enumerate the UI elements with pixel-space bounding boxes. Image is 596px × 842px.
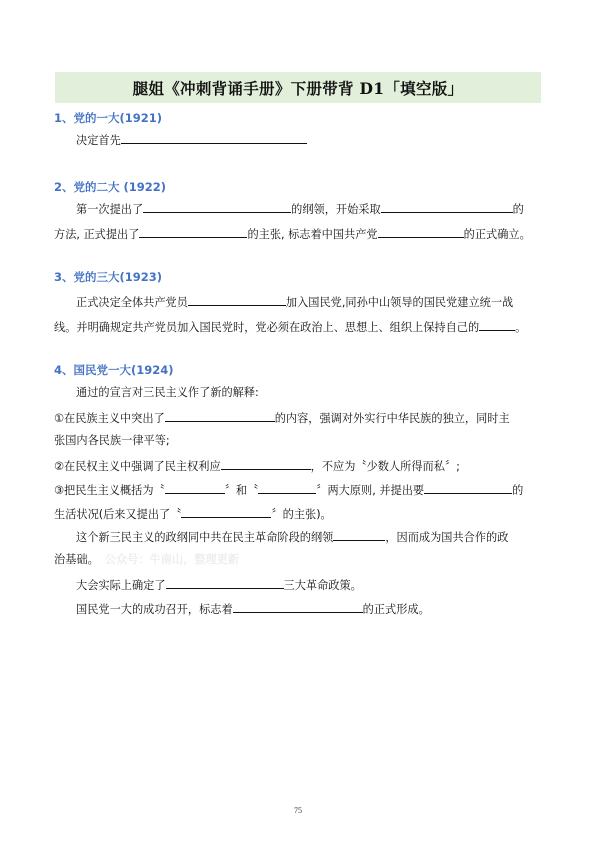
line-text: 〞两大原则, 并提出要 xyxy=(316,484,424,497)
blank-field[interactable] xyxy=(166,576,284,589)
fill-line: ②在民权主义中强调了民主权利应，不应为〝少数人所得而私〞; xyxy=(54,457,460,475)
line-text: 国民党一大的成功召开，标志着 xyxy=(76,603,233,616)
line-text: 的内容，强调对外实行中华民族的独立，同时主 xyxy=(275,412,510,425)
blank-field[interactable] xyxy=(139,225,247,238)
blank-field[interactable] xyxy=(221,457,311,470)
line-text: 治基础。 xyxy=(54,553,99,566)
fill-line: 国民党一大的成功召开，标志着的正式形成。 xyxy=(76,600,430,618)
line-text: 的 xyxy=(513,203,524,216)
blank-field[interactable] xyxy=(181,505,271,518)
fill-line: 方法, 正式提出了的主张, 标志着中国共产党的正式确立。 xyxy=(54,225,531,243)
line-text: 线。并明确规定共产党员加入国民党时，党必须在政治上、思想上、组织上保持自己的 xyxy=(54,321,479,334)
fill-line: 这个新三民主义的政纲同中共在民主革命阶段的纲领，因而成为国共合作的政 xyxy=(76,528,508,546)
line-text: 生活状况(后来又提出了〝 xyxy=(54,508,181,521)
line-text: 第一次提出了 xyxy=(76,203,143,216)
line-text: 这个新三民主义的政纲同中共在民主革命阶段的纲领 xyxy=(76,531,333,544)
blank-field[interactable] xyxy=(479,318,515,331)
line-text: ，不应为〝少数人所得而私〞; xyxy=(311,460,460,473)
text-line: 张国内各民族一律平等; xyxy=(54,433,170,449)
fill-line: ③把民生主义概括为〝〞和〝〞两大原则, 并提出要的 xyxy=(54,481,523,499)
line-text: ③把民生主义概括为〝 xyxy=(54,484,165,497)
blank-field[interactable] xyxy=(165,409,275,422)
line-text: 的 xyxy=(512,484,523,497)
fill-line: ①在民族主义中突出了的内容，强调对外实行中华民族的独立，同时主 xyxy=(54,409,510,427)
blank-field[interactable] xyxy=(143,200,291,213)
section-heading-4: 4、国民党一大(1924) xyxy=(54,362,174,378)
line-text: 方法, 正式提出了 xyxy=(54,228,139,241)
line-text: 张国内各民族一律平等; xyxy=(54,434,170,447)
section-heading-3: 3、党的三大(1923) xyxy=(54,269,162,285)
blank-field[interactable] xyxy=(258,481,316,494)
line-text: ，因而成为国共合作的政 xyxy=(385,531,508,544)
blank-field[interactable] xyxy=(165,481,225,494)
page-title: 腿姐《冲刺背诵手册》下册带背 D1「填空版」 xyxy=(133,77,464,99)
line-text: 通过的宣言对三民主义作了新的解释: xyxy=(76,386,259,399)
blank-field[interactable] xyxy=(381,200,513,213)
blank-field[interactable] xyxy=(233,600,363,613)
text-line: 治基础。公众号：牛南山，整理更新 xyxy=(54,552,239,568)
line-text: 的正式形成。 xyxy=(363,603,430,616)
line-text: ①在民族主义中突出了 xyxy=(54,412,165,425)
blank-field[interactable] xyxy=(424,481,512,494)
line-text: 的主张, 标志着中国共产党 xyxy=(247,228,377,241)
line-text: 加入国民党,同孙中山领导的国民党建立统一战 xyxy=(286,296,513,309)
line-text: ②在民权主义中强调了民主权利应 xyxy=(54,460,221,473)
line-text: 的正式确立。 xyxy=(464,228,531,241)
line-text: 的纲领，开始采取 xyxy=(291,203,381,216)
fill-line: 线。并明确规定共产党员加入国民党时，党必须在政治上、思想上、组织上保持自己的。 xyxy=(54,318,526,336)
line-text: 〞的主张)。 xyxy=(271,508,331,521)
fill-line: 第一次提出了的纲领，开始采取的 xyxy=(76,200,524,218)
fill-line: 正式决定全体共产党员加入国民党,同孙中山领导的国民党建立统一战 xyxy=(76,293,513,311)
line-text: 。 xyxy=(515,321,526,334)
blank-field[interactable] xyxy=(333,528,385,541)
page-number: 75 xyxy=(0,806,596,815)
fill-line: 决定首先 xyxy=(76,131,307,149)
watermark: 公众号：牛南山，整理更新 xyxy=(105,553,239,566)
line-text: 大会实际上确定了 xyxy=(76,579,166,592)
fill-line: 生活状况(后来又提出了〝〞的主张)。 xyxy=(54,505,332,523)
blank-field[interactable] xyxy=(188,293,286,306)
section-heading-1: 1、党的一大(1921) xyxy=(54,110,162,126)
section-heading-2: 2、党的二大 (1922) xyxy=(54,179,166,195)
line-text: 正式决定全体共产党员 xyxy=(76,296,188,309)
title-banner: 腿姐《冲刺背诵手册》下册带背 D1「填空版」 xyxy=(55,72,541,103)
line-text: 〞和〝 xyxy=(225,484,259,497)
fill-line: 大会实际上确定了三大革命政策。 xyxy=(76,576,362,594)
line-text: 决定首先 xyxy=(76,134,121,147)
blank-field[interactable] xyxy=(121,131,307,144)
blank-field[interactable] xyxy=(378,225,464,238)
intro-line: 通过的宣言对三民主义作了新的解释: xyxy=(76,385,259,401)
line-text: 三大革命政策。 xyxy=(284,579,362,592)
